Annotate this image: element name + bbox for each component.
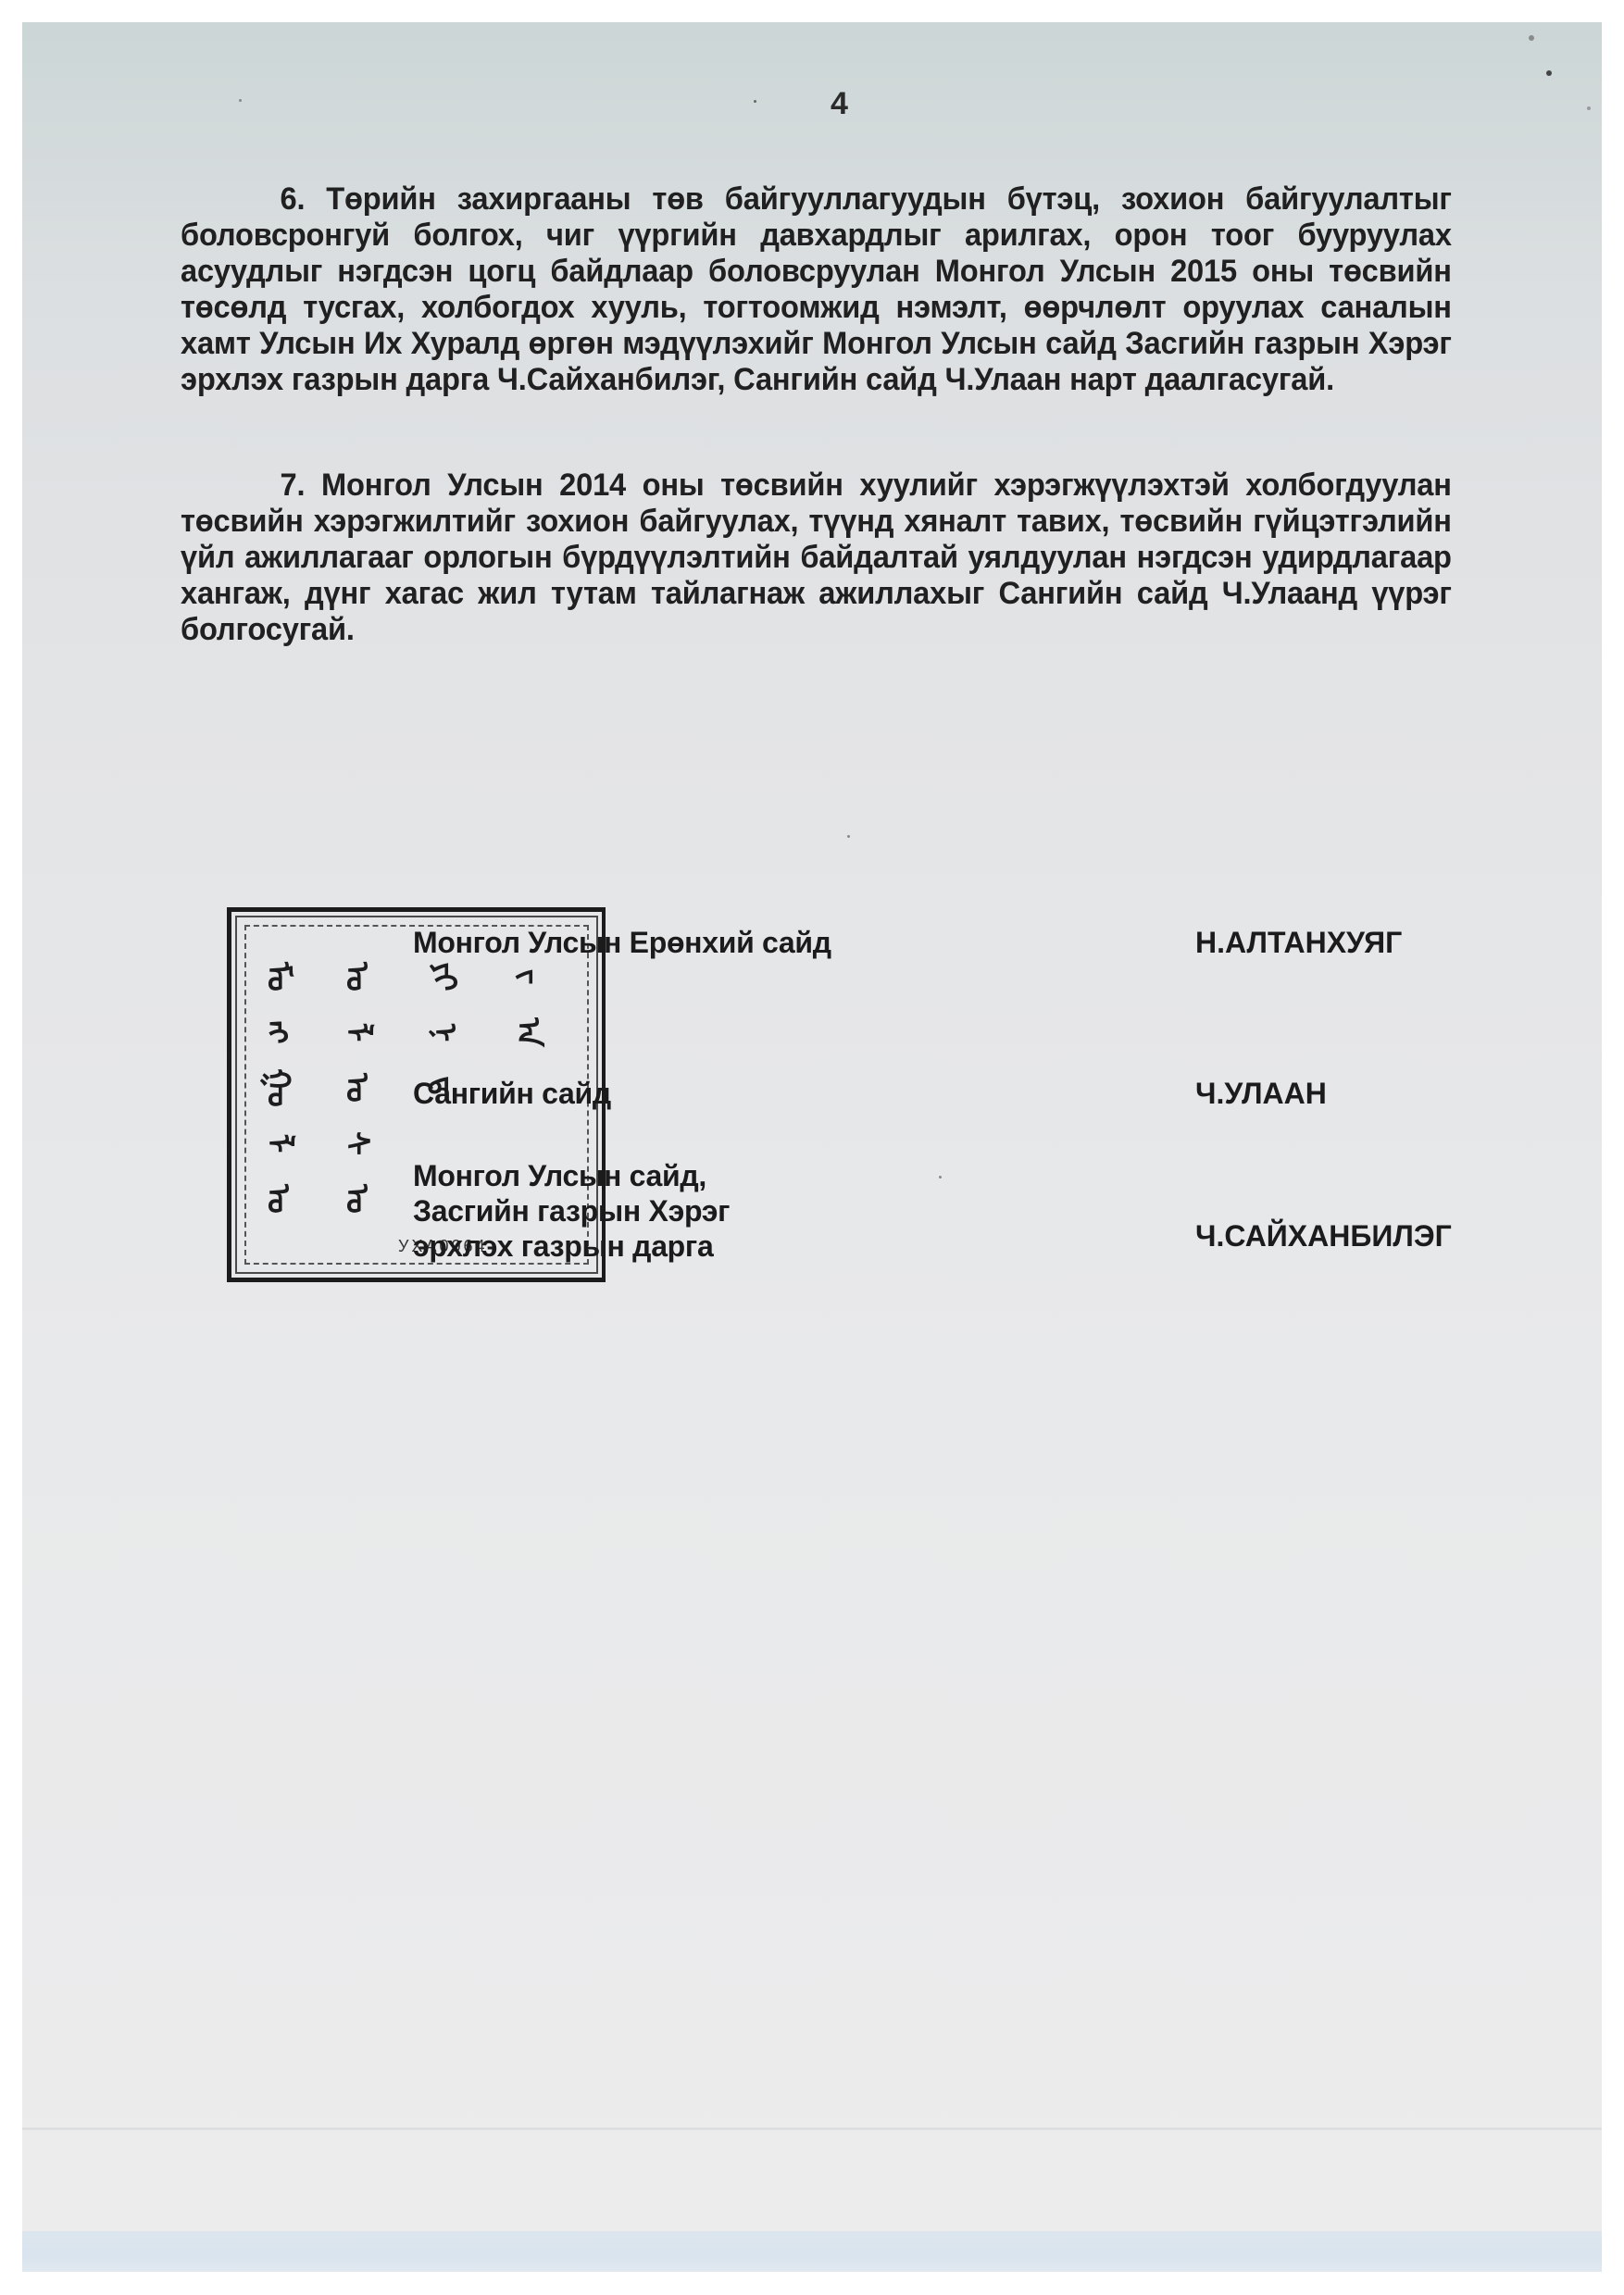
page-number: 4 <box>831 86 848 122</box>
seal-script-column-2: ᠤᠯᠤᠰᠤ <box>338 949 375 1227</box>
scan-fold-line <box>22 2127 1602 2130</box>
scan-speck <box>1529 35 1534 41</box>
scan-speck <box>939 1176 942 1179</box>
scan-speck <box>754 100 756 103</box>
seal-script-column-1: ᠮᠣᠩᠭᠣᠯᠤ <box>259 949 296 1227</box>
paragraph-6: 6. Төрийн захиргааны төв байгууллагуудын… <box>181 181 1452 398</box>
signatory-2-title: Сангийн сайд <box>413 1077 611 1110</box>
signatory-1-title: Монгол Улсын Ерөнхий сайд <box>413 926 831 959</box>
signatory-2-name: Ч.УЛААН <box>1195 1077 1327 1111</box>
scan-speck <box>1546 70 1552 76</box>
signatory-1-name: Н.АЛТАНХУЯГ <box>1195 926 1402 960</box>
signatory-3-title-line-3: эрхлэх газрын дарга <box>413 1229 713 1263</box>
scan-bottom-band <box>22 2231 1602 2272</box>
signatory-3-title-line-2: Засгийн газрын Хэрэг <box>413 1194 730 1228</box>
scan-speck <box>847 835 850 838</box>
signatory-3-title-line-1: Монгол Улсын сайд, <box>413 1159 706 1192</box>
signatory-3-name: Ч.САЙХАНБИЛЭГ <box>1195 1219 1452 1254</box>
scan-speck <box>239 99 242 102</box>
scan-speck <box>1587 106 1591 110</box>
seal-script-column-4: ᠵᠠ <box>509 949 546 1060</box>
paragraph-7: 7. Монгол Улсын 2014 оны төсвийн хуулийг… <box>181 468 1452 648</box>
